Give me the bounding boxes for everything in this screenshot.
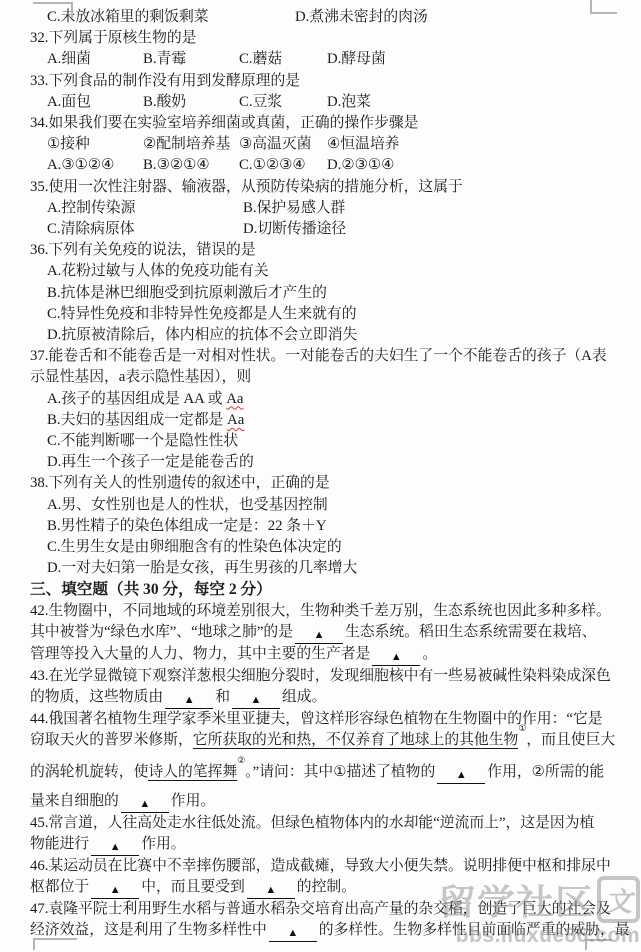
answer-blank: ▲: [121, 796, 169, 813]
text-segment: 和: [215, 689, 230, 705]
text-line: 43.在光学显微镜下观察洋葱根尖细胞分裂时，发现细胞核中有一些易被碱性染料染成深…: [30, 666, 615, 687]
text-line: C.生男生女是由卵细胞含有的性染色体决定的: [30, 537, 615, 558]
text-segment: 作用。: [171, 793, 215, 809]
spellcheck-text: Aa: [227, 412, 244, 428]
text-line: 34.如果我们要在实验室培养细菌或真菌，正确的操作步骤是: [30, 113, 615, 134]
text-segment: D.一对夫妇第一胎是女孩，再生男孩的几率增大: [47, 560, 357, 576]
text-segment: 45.常言道，人往高处走水往低处流。但绿色植物体内的水却能“逆流而上”，这是因为…: [30, 815, 594, 831]
text-line: A.面包B.酸奶C.豆浆D.泡菜: [30, 92, 615, 113]
option-cell: B.青霉: [143, 49, 239, 70]
text-line: A.控制传染源B.保护易感人群: [30, 198, 615, 219]
text-line: 45.常言道，人往高处走水往低处流。但绿色植物体内的水却能“逆流而上”，这是因为…: [30, 813, 615, 834]
text-segment: D.酵母菌: [327, 51, 386, 67]
text-segment: 作用，②所需的能: [487, 764, 604, 780]
option-cell: A.控制传染源: [47, 198, 243, 219]
text-line: C.特异性免疫和非特异性免疫都是人生来就有的: [30, 304, 615, 325]
option-cell: D.煮沸未密封的肉汤: [295, 7, 428, 28]
text-segment: D.泡菜: [327, 94, 371, 110]
text-segment: C.生男生女是由卵细胞含有的性染色体决定的: [47, 539, 342, 555]
text-segment: ，而且使巨大: [526, 732, 615, 748]
text-segment: C.①②③④: [239, 157, 306, 173]
text-line: A.男、女性别也是人的性状，也受基因控制: [30, 495, 615, 516]
text-line: 33.下列食品的制作没有用到发酵原理的是: [30, 71, 615, 92]
text-segment: 37.能卷舌和不能卷舌是一对相对性状。一对能卷舌的夫妇生了一个不能卷舌的孩子（A…: [30, 348, 607, 364]
text-line: 35.使用一次性注射器、输液器，从预防传染病的措施分析，这属于: [30, 177, 615, 198]
text-segment: D.②③①④: [327, 157, 394, 173]
text-line: B.抗体是淋巴细胞受到抗原刺激后才产生的: [30, 283, 615, 304]
text-line: 的涡轮机旋转，使诗人的笔挥舞②。”请问：其中①描述了植物的▲作用，②所需的能: [30, 762, 615, 784]
text-segment: 44.俄国著名植物生理学家季米里亚捷夫，曾这样形容绿色植物在生物圈中的作用：“它…: [30, 711, 603, 727]
text-segment: A.面包: [47, 94, 91, 110]
text-line: C.不能判断哪一个是隐性性状: [30, 431, 615, 452]
text-segment: A.控制传染源: [47, 200, 135, 216]
text-segment: 物能进行: [30, 836, 89, 852]
option-cell: A.面包: [47, 92, 143, 113]
text-line: A.③①②④B.③②①④C.①②③④D.②③①④: [30, 155, 615, 176]
text-segment: 经济效益，这是利用了生物多样性中: [30, 922, 267, 938]
text-segment: 三、填空题（共 30 分，每空 2 分）: [30, 581, 272, 598]
text-segment: 42.生物圈中，不同地域的环境差别很大，生物种类千差万别，生态系统也因此多种多样…: [30, 603, 611, 619]
text-line: A.花粉过敏与人体的免疫功能有关: [30, 261, 615, 282]
text-segment: A.花粉过敏与人体的免疫功能有关: [47, 263, 269, 279]
text-segment: ①接种: [47, 136, 90, 152]
text-segment: 中，而且要受到: [141, 879, 245, 895]
text-segment: 生态系统。稻田生态系统需要在栽培、: [345, 624, 597, 640]
text-segment: C.清除病原体: [47, 221, 135, 237]
option-cell: B.③②①④: [143, 155, 239, 176]
option-cell: D.②③①④: [327, 155, 394, 176]
text-segment: A.孩子的基因组成是 AA 或: [47, 391, 226, 407]
document-body: C.未放冰箱里的剩饭剩菜D.煮沸未密封的肉汤32.下列属于原核生物的是A.细菌B…: [0, 0, 641, 942]
answer-blank: ▲: [91, 839, 139, 856]
text-segment: C.豆浆: [239, 94, 282, 110]
text-line: 经济效益，这是利用了生物多样性中▲的多样性。生物多样性目前面临严重的威胁，最: [30, 920, 615, 942]
answer-blank: ▲: [437, 767, 485, 784]
option-cell: ①接种: [47, 134, 143, 155]
text-line: 46.某运动员在比赛中不幸摔伤腰部，造成截瘫，导致大小便失禁。说明排便中枢和排尿…: [30, 856, 615, 877]
text-line: 示显性基因，a表示隐性基因），则: [30, 367, 615, 388]
text-line: D.一对夫妇第一胎是女孩，再生男孩的几率增大: [30, 558, 615, 579]
text-line: 38.下列有关人的性别遗传的叙述中，正确的是: [30, 473, 615, 494]
text-line: 枢都位于▲中，而且要受到▲的控制。: [30, 877, 615, 899]
text-segment: D.煮沸未密封的肉汤: [295, 9, 428, 25]
text-segment: B.男性精子的染色体组成一定是：22 条＋Y: [47, 518, 327, 534]
text-segment: 35.使用一次性注射器、输液器，从预防传染病的措施分析，这属于: [30, 179, 463, 195]
text-line: C.未放冰箱里的剩饭剩菜D.煮沸未密封的肉汤: [30, 7, 615, 28]
text-line: 管理等投入大量的人力、物力，其中主要的生产者是▲。: [30, 644, 615, 666]
text-segment: B.夫妇的基因组成一定都是: [47, 412, 227, 428]
option-cell: C.未放冰箱里的剩饭剩菜: [47, 7, 295, 28]
text-segment: A.男、女性别也是人的性状，也受基因控制: [47, 497, 328, 513]
option-cell: D.切断传播途径: [243, 219, 346, 240]
text-segment: 36.下列有关免疫的说法，错误的是: [30, 242, 256, 258]
text-segment: 的控制。: [297, 879, 356, 895]
text-segment: ②配制培养基: [143, 136, 230, 152]
footnote-marker: ②: [237, 755, 245, 765]
text-segment: B.青霉: [143, 51, 186, 67]
text-segment: D.抗原被清除后，体内相应的抗体不会立即消失: [47, 327, 357, 343]
text-line: ①接种②配制培养基③高温灭菌④恒温培养: [30, 134, 615, 155]
underlined-text: 诗人的笔挥舞: [148, 764, 237, 781]
text-segment: 33.下列食品的制作没有用到发酵原理的是: [30, 73, 300, 89]
text-segment: 枢都位于: [30, 879, 89, 895]
text-segment: 作用。: [141, 836, 185, 852]
text-segment: A.③①②④: [47, 157, 114, 173]
text-segment: B.保护易感人群: [243, 200, 345, 216]
text-line: 其中被誉为“绿色水库”、“地球之肺”的是▲生态系统。稻田生态系统需要在栽培、: [30, 622, 615, 644]
text-segment: ③高温灭菌: [239, 136, 311, 152]
text-segment: 46.某运动员在比赛中不幸摔伤腰部，造成截瘫，导致大小便失禁。说明排便中枢和排尿…: [30, 858, 611, 874]
text-line: 44.俄国著名植物生理学家季米里亚捷夫，曾这样形容绿色植物在生物圈中的作用：“它…: [30, 709, 615, 730]
option-cell: C.清除病原体: [47, 219, 243, 240]
text-segment: D.再生一个孩子一定是能卷舌的: [47, 454, 254, 470]
text-line: C.清除病原体D.切断传播途径: [30, 219, 615, 240]
option-cell: C.蘑菇: [239, 49, 327, 70]
text-line: 物能进行▲作用。: [30, 834, 615, 856]
spellcheck-text: Aa: [226, 391, 243, 407]
answer-blank: ▲: [232, 692, 280, 709]
option-cell: D.泡菜: [327, 92, 371, 113]
text-line: A.孩子的基因组成是 AA 或 Aa: [30, 389, 615, 410]
answer-blank: ▲: [269, 925, 317, 942]
text-segment: 。”请问：其中①描述了植物的: [245, 764, 435, 780]
text-line: 量来自细胞的▲作用。: [30, 791, 615, 813]
text-line: 37.能卷舌和不能卷舌是一对相对性状。一对能卷舌的夫妇生了一个不能卷舌的孩子（A…: [30, 346, 615, 367]
option-cell: C.豆浆: [239, 92, 327, 113]
text-segment: A.细菌: [47, 51, 91, 67]
answer-blank: ▲: [295, 627, 343, 644]
text-segment: 窃取天火的普罗米修斯，: [30, 732, 193, 748]
text-line: D.再生一个孩子一定是能卷舌的: [30, 452, 615, 473]
text-segment: 组成。: [282, 689, 326, 705]
text-line: 32.下列属于原核生物的是: [30, 28, 615, 49]
option-cell: A.细菌: [47, 49, 143, 70]
answer-blank: ▲: [91, 882, 139, 899]
text-segment: B.抗体是淋巴细胞受到抗原刺激后才产生的: [47, 285, 327, 301]
text-line: B.夫妇的基因组成一定都是 Aa: [30, 410, 615, 431]
text-line: A.细菌B.青霉C.蘑菇D.酵母菌: [30, 49, 615, 70]
text-segment: D.切断传播途径: [243, 221, 346, 237]
text-segment: 其中被誉为“绿色水库”、“地球之肺”的是: [30, 624, 293, 640]
footnote-marker: ①: [518, 723, 526, 733]
answer-blank: ▲: [372, 649, 420, 666]
option-cell: A.③①②④: [47, 155, 143, 176]
text-segment: 43.在光学显微镜下观察洋葱根尖细胞分裂时，发现细胞核中有一些易被碱性染料染成深…: [30, 668, 611, 684]
exam-page: { "document": { "blank_symbol": "▲", "se…: [0, 0, 641, 952]
text-segment: 的涡轮机旋转，使: [30, 764, 148, 780]
text-line: D.抗原被清除后，体内相应的抗体不会立即消失: [30, 325, 615, 346]
text-segment: ④恒温培养: [327, 136, 399, 152]
text-line: 的物质，这些物质由▲和▲组成。: [30, 687, 615, 709]
text-segment: 32.下列属于原核生物的是: [30, 30, 196, 46]
option-cell: B.酸奶: [143, 92, 239, 113]
answer-blank: ▲: [165, 692, 213, 709]
text-segment: 的多样性。生物多样性目前面临严重的威胁，最: [319, 922, 630, 938]
option-cell: B.保护易感人群: [243, 198, 345, 219]
text-segment: B.酸奶: [143, 94, 186, 110]
text-line: 36.下列有关免疫的说法，错误的是: [30, 240, 615, 261]
text-line: 窃取天火的普罗米修斯，它所获取的光和热，不仅养育了地球上的其他生物①，而且使巨大: [30, 730, 615, 751]
text-line: 42.生物圈中，不同地域的环境差别很大，生物种类千差万别，生态系统也因此多种多样…: [30, 601, 615, 622]
text-segment: 38.下列有关人的性别遗传的叙述中，正确的是: [30, 475, 330, 491]
text-segment: 管理等投入大量的人力、物力，其中主要的生产者是: [30, 646, 370, 662]
option-cell: ②配制培养基: [143, 134, 239, 155]
text-segment: 47.袁隆平院士利用野生水稻与普通水稻杂交培育出高产量的杂交稻，创造了巨大的社会…: [30, 901, 611, 917]
text-segment: 的物质，这些物质由: [30, 689, 163, 705]
option-cell: D.酵母菌: [327, 49, 386, 70]
text-segment: C.不能判断哪一个是隐性性状: [47, 433, 238, 449]
text-segment: 。: [422, 646, 437, 662]
section-heading: 三、填空题（共 30 分，每空 2 分）: [30, 579, 615, 600]
answer-blank: ▲: [247, 882, 295, 899]
option-cell: ④恒温培养: [327, 134, 399, 155]
text-line: 47.袁隆平院士利用野生水稻与普通水稻杂交培育出高产量的杂交稻，创造了巨大的社会…: [30, 899, 615, 920]
text-segment: B.③②①④: [143, 157, 210, 173]
text-segment: 量来自细胞的: [30, 793, 119, 809]
text-segment: C.蘑菇: [239, 51, 282, 67]
underlined-text: 它所获取的光和热，不仅养育了地球上的其他生物: [193, 732, 519, 749]
option-cell: ③高温灭菌: [239, 134, 327, 155]
text-segment: 34.如果我们要在实验室培养细菌或真菌，正确的操作步骤是: [30, 115, 418, 131]
option-cell: C.①②③④: [239, 155, 327, 176]
text-segment: 示显性基因，a表示隐性基因），则: [30, 369, 251, 385]
text-line: B.男性精子的染色体组成一定是：22 条＋Y: [30, 516, 615, 537]
text-segment: C.特异性免疫和非特异性免疫都是人生来就有的: [47, 306, 357, 322]
